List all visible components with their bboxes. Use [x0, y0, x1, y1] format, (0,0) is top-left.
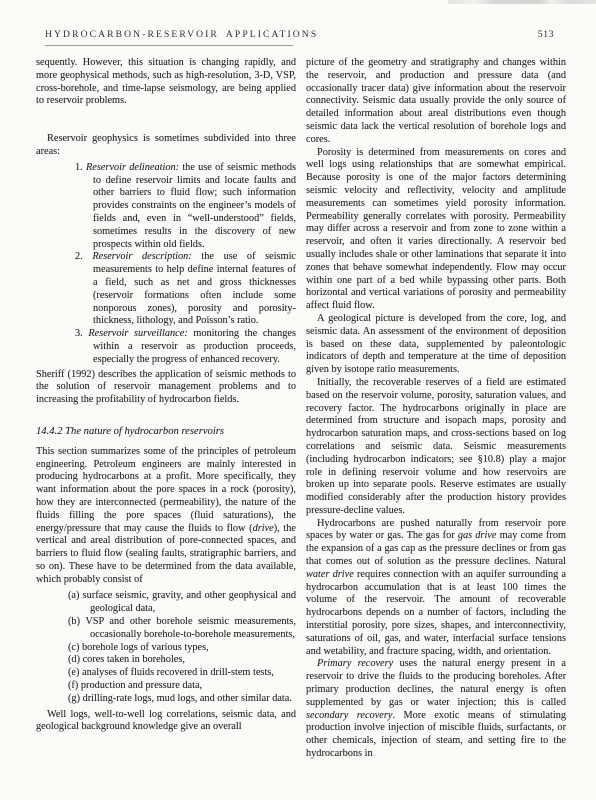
list-body: the use of seismic methods to define res… — [93, 162, 296, 250]
list-label: (f) — [68, 680, 78, 691]
list-item-c: (c) borehole logs of various types, — [36, 642, 296, 655]
para-subdivision: Reservoir geophysics is sometimes subdiv… — [36, 133, 296, 159]
list-number: 3. — [75, 328, 83, 339]
section-heading: 14.4.2 The nature of hydrocarbon reservo… — [36, 426, 296, 439]
list-body: production and pressure data, — [81, 680, 202, 691]
para-reserves: Initially, the recoverable reserves of a… — [306, 377, 566, 518]
page-header: HYDROCARBON-RESERVOIR APPLICATIONS 513 — [45, 29, 554, 40]
numbered-list: 1. Reservoir delineation: the use of sei… — [36, 162, 296, 367]
list-body: analyses of fluids recovered in drill-st… — [82, 667, 274, 678]
list-item-d: (d) cores taken in boreholes, — [36, 654, 296, 667]
para-well-logs: Well logs, well-to-well log correlations… — [36, 709, 296, 735]
para-intro: sequently. However, this situation is ch… — [36, 57, 296, 108]
lettered-list: (a) surface seismic, gravity, and other … — [36, 590, 296, 705]
list-body: borehole logs of various types, — [82, 642, 209, 653]
list-body: VSP and other borehole seismic measureme… — [85, 616, 296, 640]
left-column: sequently. However, this situation is ch… — [36, 57, 296, 734]
list-label: (c) — [68, 642, 79, 653]
scan-artifact — [448, 0, 596, 4]
para-geological: A geological picture is developed from t… — [306, 313, 566, 377]
list-item-b: (b) VSP and other borehole seismic measu… — [36, 616, 296, 642]
list-item-a: (a) surface seismic, gravity, and other … — [36, 590, 296, 616]
book-page: HYDROCARBON-RESERVOIR APPLICATIONS 513 s… — [0, 0, 596, 800]
list-body: the use of seismic measurements to help … — [93, 251, 296, 326]
list-label: (e) — [68, 667, 79, 678]
list-item-delineation: 1. Reservoir delineation: the use of sei… — [36, 162, 296, 252]
list-label: (a) — [68, 590, 79, 601]
right-column: picture of the geometry and stratigraphy… — [306, 57, 566, 761]
list-item-surveillance: 3. Reservoir surveillance: monitoring th… — [36, 328, 296, 366]
list-item-description: 2. Reservoir description: the use of sei… — [36, 251, 296, 328]
para-nature: This section summarizes some of the prin… — [36, 446, 296, 587]
list-body: cores taken in boreholes, — [83, 654, 185, 665]
para-porosity: Porosity is determined from measurements… — [306, 147, 566, 313]
list-label: (d) — [68, 654, 80, 665]
para-sheriff: Sheriff (1992) describes the application… — [36, 369, 296, 407]
list-body: drilling-rate logs, mud logs, and other … — [83, 693, 292, 704]
list-lead: Reservoir surveillance: — [88, 328, 187, 339]
para-drive: Hydrocarbons are pushed naturally from r… — [306, 518, 566, 659]
list-body: surface seismic, gravity, and other geop… — [83, 590, 296, 614]
list-item-f: (f) production and pressure data, — [36, 680, 296, 693]
list-label: (g) — [68, 693, 80, 704]
list-label: (b) — [68, 616, 80, 627]
running-title: HYDROCARBON-RESERVOIR APPLICATIONS — [45, 29, 318, 40]
list-lead: Reservoir description: — [92, 251, 191, 262]
list-lead: Reservoir delineation: — [86, 162, 179, 173]
para-picture: picture of the geometry and stratigraphy… — [306, 57, 566, 147]
list-item-g: (g) drilling-rate logs, mud logs, and ot… — [36, 693, 296, 706]
list-item-e: (e) analyses of fluids recovered in dril… — [36, 667, 296, 680]
page-number: 513 — [538, 29, 554, 40]
list-number: 1. — [75, 162, 83, 173]
header-rule — [45, 45, 293, 46]
para-recovery: Primary recovery uses the natural energy… — [306, 658, 566, 760]
list-number: 2. — [75, 251, 83, 262]
